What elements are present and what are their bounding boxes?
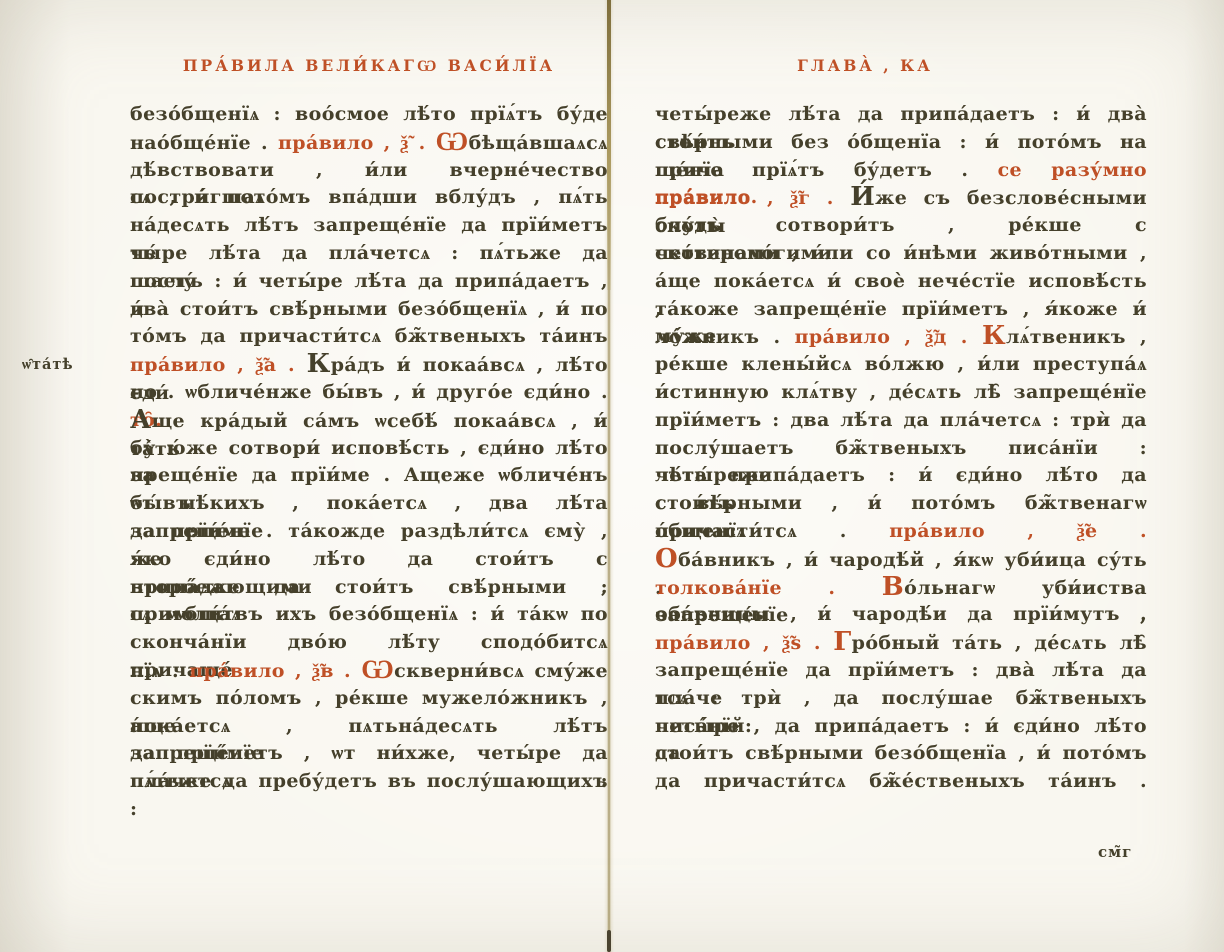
initial-letter: А [130, 405, 152, 435]
text-line: Оба́вникъ , и́ чародѣ́й , я́кѡ уби́ица с… [655, 546, 1147, 574]
body-text: пѧ́тьже да пребу́детъ въ послу́шающихъ : [130, 770, 608, 820]
text-line: бу̀ ю́же сотвори́ исповѣ́сть , єди́но лѣ… [130, 435, 608, 463]
text-line: пока́етсѧ , пѧтьна́десѧть лѣ́тъ запреще́… [130, 713, 608, 741]
body-text [834, 187, 850, 209]
folio-signature-mark: см̃г [1098, 843, 1132, 861]
body-text: ро́бный та́ть , де́сѧть лѣ̑ [852, 632, 1147, 654]
body-text: ско́тинами , и́ли со и́нѣми живо́тными , [655, 242, 1147, 264]
text-line: блу́дъ сотвори́тъ , ре́кше с четвероно́г… [655, 212, 1147, 240]
body-text: бѣща́вшаѧсѧ [469, 132, 608, 154]
body-text: лѧ́твеникъ , [1006, 326, 1147, 348]
text-line: пра́вило , ѯ̃ѕ . Гро́бный та́ть , де́сѧт… [655, 629, 1147, 657]
rubric-text: пра́вило , ѯ̃а . [130, 354, 295, 376]
body-text [821, 632, 833, 654]
text-line: пра́вило , ѯ̃г . И́же съ безслове́сными … [655, 184, 1147, 212]
body-text: нїѧ . [130, 660, 189, 682]
text-line: ло́жникъ . пра́вило , ѯ̃д . Клѧ́твеникъ … [655, 323, 1147, 351]
text-line: тсѧ : трѝ , да послу́шае бж̃твеныхъ писа… [655, 685, 1147, 713]
body-text: ре́кше клены́йсѧ во́лжю , и́ли преступа́… [655, 353, 1147, 375]
text-line: ще́нїе прїѧ́тъ бу́детъ . се разу́мно пра… [655, 157, 1147, 185]
left-page-text: безо́бщенїѧ : воо́смое лѣ́то прїѧ́тъ бу́… [130, 101, 608, 796]
text-line: причасти́тсѧ . пра́вило , ѯ̃е . [655, 518, 1147, 546]
body-text: стои́тъ свѣ́рными безо́бщенїа , и́ пото́… [655, 742, 1147, 764]
initial-letter: И́ [850, 182, 875, 212]
body-text [835, 577, 881, 599]
book-spread: ПРА́ВИЛА ВЕЛИ́КАГѠ ВАСИ́ЛЇА ГЛАВА̀ , КА … [0, 0, 1224, 952]
body-text [295, 354, 307, 376]
initial-letter: Ѡ [436, 127, 469, 157]
rubric-text: пра́вило , ѯ̃е . [889, 520, 1147, 542]
body-text: прїи́метъ : два лѣ́та да пла́четсѧ : трѝ… [655, 409, 1147, 431]
text-line: стои́тъ свѣ́рными безо́бщенїа , и́ пото́… [655, 740, 1147, 768]
text-line: второ́еже да стои́тъ свѣ́рными , приѡбща… [130, 574, 608, 602]
text-line: дѣ́вствовати , и́ли вчерне́чество постри… [130, 157, 608, 185]
body-text: безо́бщенїѧ : воо́смое лѣ́то прїѧ́тъ бу́… [130, 103, 608, 125]
text-line: пра́вило , ѯ̃а . Кра́дъ и́ покаа́всѧ , л… [130, 351, 608, 379]
margin-note: ѡ̑та́тѣ [22, 356, 122, 374]
text-line: нїѧ . пра́вило , ѯ̃в . Ѡскверни́всѧ сму́… [130, 657, 608, 685]
gutter-fold [604, 0, 614, 952]
text-line: ре́кше клены́йсѧ во́лжю , и́ли преступа́… [655, 351, 1147, 379]
text-line: четы́ре , да припа́даетъ : и́ єди́но лѣ́… [655, 713, 1147, 741]
text-line: с вѣ́рными , и́ пото́мъ бж̃твенагѡ о́бще… [655, 490, 1147, 518]
text-line: да прїи́метъ , ѡт ни́хже, четы́ре да пла… [130, 740, 608, 768]
body-text: ло́жникъ . [655, 326, 795, 348]
text-line: же єди́но лѣ́то да стои́тъ с припа́дающи… [130, 546, 608, 574]
text-line: то́мъ да причасти́тсѧ бж̃твеныхъ та́инъ … [130, 323, 608, 351]
body-text: и́стинную клѧ́тву , де́сѧть лѣ̑ запреще́… [655, 381, 1147, 403]
text-line: сѧ , и́ пото́мъ впа́дши вблу́дъ , пѧ́ть [130, 184, 608, 212]
text-line: нао́бще́нїе . пра́вило , ѯ̃ . Ѡбѣща́вшаѧ… [130, 129, 608, 157]
text-line: толкова́нїе . Во́льнагѡ уби́иства запрещ… [655, 574, 1147, 602]
text-line: оба́вницы , и́ чародѣ́и да прїи́мутъ . [655, 601, 1147, 629]
text-line: та́коже запреще́нїе прїи́метъ , я́коже и… [655, 296, 1147, 324]
text-line: послу́шаетъ бж̃твеныхъ писа́нїи : четы́р… [655, 435, 1147, 463]
initial-letter: О [655, 544, 678, 574]
text-line: пѧ́тьже да пребу́детъ въ послу́шающихъ : [130, 768, 608, 796]
body-text: нао́бще́нїе . [130, 132, 278, 154]
text-line: свѣ́рными без о́бщенїа : и́ пото́мъ на п… [655, 129, 1147, 157]
rubric-text: пра́вило , ѯ̃в . [189, 660, 351, 682]
text-line: прїи́метъ : два лѣ́та да пла́четсѧ : трѝ… [655, 407, 1147, 435]
initial-letter: Ѡ [361, 655, 394, 685]
text-line: скимъ по́ломъ , ре́кше мужело́жникъ , а́… [130, 685, 608, 713]
text-line: сѧ моли́твъ ихъ безо́бщенїѧ : и́ та́кѡ п… [130, 601, 608, 629]
body-text [968, 326, 982, 348]
body-text: но . ѡбличе́нже бы́въ , и́ друго́е єди́н… [130, 381, 608, 403]
text-line: запреще́нїе да прїи́метъ : два̀ лѣ́та да… [655, 657, 1147, 685]
body-text: сѧ , и́ пото́мъ впа́дши вблу́дъ , пѧ́ть [130, 186, 608, 208]
right-page-text: четы́реже лѣ́та да припа́даетъ : и́ два̀… [655, 101, 1147, 796]
rubric-text: толкова́нїе . [655, 577, 835, 599]
text-line: сконча́нїи дво́ю лѣ́ту сподо́битсѧ прича… [130, 629, 608, 657]
text-line: Аще кра́дый са́мъ ѡсебѣ́ покаа́всѧ , и́ … [130, 407, 608, 435]
text-line: шаетъ : и́ четы́ре лѣ́та да припа́даетъ … [130, 268, 608, 296]
text-line: ѡт нѣ́кихъ , пока́етсѧ , два лѣ́та запре… [130, 490, 608, 518]
text-line: но . ѡбличе́нже бы́въ , и́ друго́е єди́н… [130, 379, 608, 407]
body-text: да причасти́тсѧ бж̃е́ственыхъ та́инъ . [655, 770, 1147, 792]
body-text [351, 660, 361, 682]
right-running-head: ГЛАВА̀ , КА [655, 52, 1075, 80]
text-line: и́стинную клѧ́тву , де́сѧть лѣ̑ запреще́… [655, 379, 1147, 407]
text-line: ты́ре лѣ́та да пла́четсѧ : пѧ́тьже да по… [130, 240, 608, 268]
body-text: оба́вницы , и́ чародѣ́и да прїи́мутъ . [655, 603, 1147, 625]
text-line: четы́реже лѣ́та да припа́даетъ : и́ два̀… [655, 101, 1147, 129]
left-running-head: ПРА́ВИЛА ВЕЛИ́КАГѠ ВАСИ́ЛЇА [130, 52, 608, 80]
text-line: да прїи́ме . та́кожде раздѣли́тсѧ єму̀ ,… [130, 518, 608, 546]
text-line: два̀ стои́тъ свѣ́рными безо́бщенїѧ , и́ … [130, 296, 608, 324]
body-text: причасти́тсѧ . [655, 520, 889, 542]
initial-letter: К [307, 349, 331, 379]
text-line: преще́нїе да прїи́ме . Ащеже ѡбличе́нъ б… [130, 462, 608, 490]
initial-letter: В [882, 572, 904, 602]
initial-letter: Г [833, 627, 851, 657]
body-text: два̀ стои́тъ свѣ́рными безо́бщенїѧ , и́ … [130, 298, 608, 320]
text-line: ско́тинами , и́ли со и́нѣми живо́тными , [655, 240, 1147, 268]
body-text: сѧ моли́твъ ихъ безо́бщенїѧ : и́ та́кѡ п… [130, 603, 608, 625]
rubric-text: пра́вило , ѯ̃ѕ . [655, 632, 821, 654]
rubric-text: пра́вило , ѯ̃ . [278, 132, 426, 154]
rubric-text: пра́вило , ѯ̃г . [655, 187, 834, 209]
rubric-text: пра́вило , ѯ̃д . [795, 326, 968, 348]
body-text: скверни́всѧ сму́же [394, 660, 608, 682]
text-line: безо́бщенїѧ : воо́смое лѣ́то прїѧ́тъ бу́… [130, 101, 608, 129]
text-line: да причасти́тсѧ бж̃е́ственыхъ та́инъ . [655, 768, 1147, 796]
body-text [426, 132, 436, 154]
text-line: а́ще пока́етсѧ и́ своѐ нече́стїе исповѣ́… [655, 268, 1147, 296]
initial-letter: К [982, 321, 1006, 351]
text-line: на́десѧть лѣ́тъ запреще́нїе да прїи́метъ… [130, 212, 608, 240]
text-line: лѣ́та припа́даетъ : и́ єди́но лѣ́то да с… [655, 462, 1147, 490]
body-text: ще́нїе прїѧ́тъ бу́детъ . [655, 159, 998, 181]
